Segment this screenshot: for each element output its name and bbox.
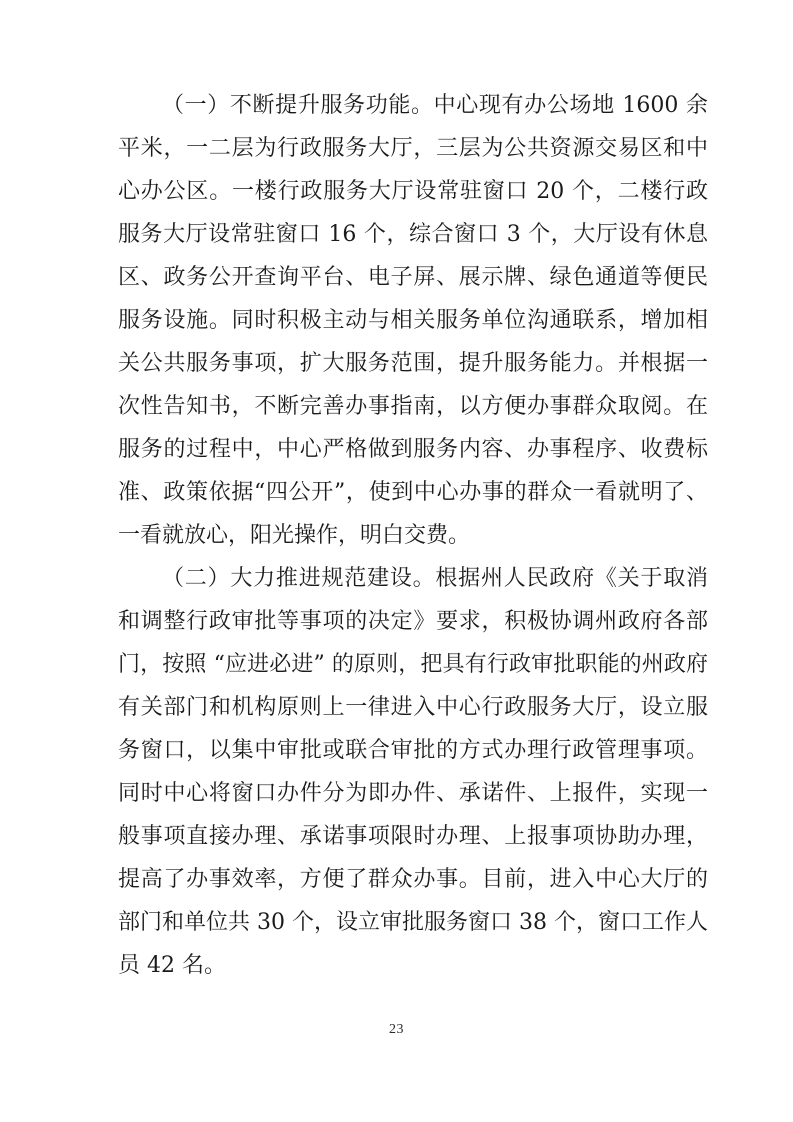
page-number: 23 (389, 1022, 404, 1038)
document-body: （一）不断提升服务功能。中心现有办公场地 1600 余平米，一二层为行政服务大厅… (118, 84, 708, 987)
paragraph-section-2: （二）大力推进规范建设。根据州人民政府《关于取消和调整行政审批等事项的决定》要求… (118, 557, 708, 987)
page-footer: 23 (0, 1018, 793, 1038)
paragraph-section-1: （一）不断提升服务功能。中心现有办公场地 1600 余平米，一二层为行政服务大厅… (118, 84, 708, 557)
document-page: （一）不断提升服务功能。中心现有办公场地 1600 余平米，一二层为行政服务大厅… (0, 0, 793, 1122)
